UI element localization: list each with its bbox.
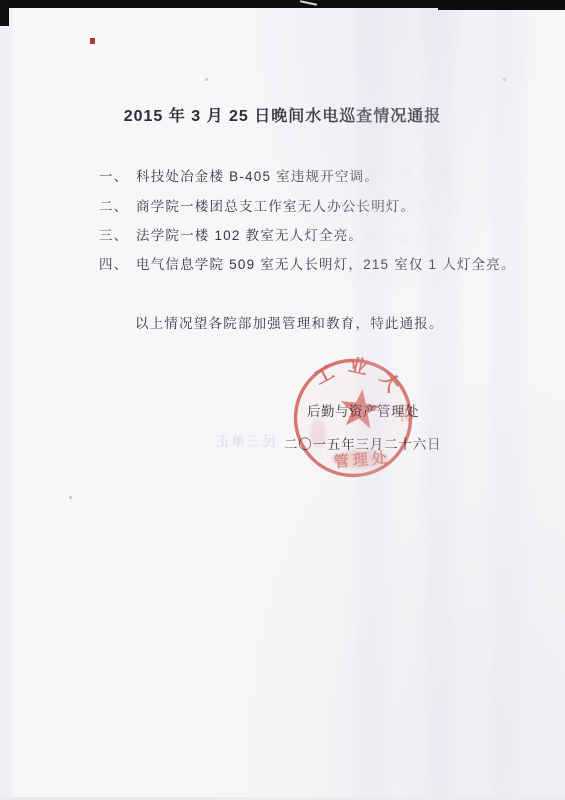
item-text: 商学院一楼团总支工作室无人办公长明灯。 xyxy=(136,195,415,215)
item-number: 三、 xyxy=(99,224,136,244)
item-number: 四、 xyxy=(99,253,136,273)
notice-item-1: 一、 科技处冶金楼 B-405 室违规开空调。 xyxy=(99,165,379,185)
bleed-through-text: 民三单正 xyxy=(214,430,276,450)
dust-fleck xyxy=(503,78,506,81)
dust-fleck xyxy=(205,78,208,81)
notice-item-4: 四、 电气信息学院 509 室无人长明灯，215 室仅 1 人灯全亮。 xyxy=(99,253,516,273)
notice-title: 2015 年 3 月 25 日晚间水电巡查情况通报 xyxy=(0,103,565,126)
item-text: 电气信息学院 509 室无人长明灯，215 室仅 1 人灯全亮。 xyxy=(136,253,516,273)
svg-text:工业大: 工业大 xyxy=(311,357,412,406)
item-number: 一、 xyxy=(99,165,136,185)
red-ink-fleck xyxy=(90,38,95,44)
notice-item-2: 二、 商学院一楼团总支工作室无人办公长明灯。 xyxy=(99,195,415,215)
scanned-notice-page: 民三单正民三单正 民三单正民三单正 民三单正民三单正 民三单正 2015 年 3… xyxy=(0,0,565,800)
scan-corner-shadow xyxy=(0,0,9,26)
item-text: 科技处冶金楼 B-405 室违规开空调。 xyxy=(136,165,379,185)
issuing-department: 后勤与资产管理处 xyxy=(307,400,419,420)
dust-fleck xyxy=(69,496,72,499)
seal-arc-text: 工业大 xyxy=(311,357,412,406)
item-number: 二、 xyxy=(99,195,136,215)
issue-date: 二〇一五年三月二十六日 xyxy=(284,433,441,453)
closing-sentence: 以上情况望各院部加强管理和教育，特此通报。 xyxy=(135,312,444,332)
notice-item-3: 三、 法学院一楼 102 教室无人灯全亮。 xyxy=(99,224,363,244)
scan-top-border-right xyxy=(438,0,565,10)
item-text: 法学院一楼 102 教室无人灯全亮。 xyxy=(136,224,363,244)
